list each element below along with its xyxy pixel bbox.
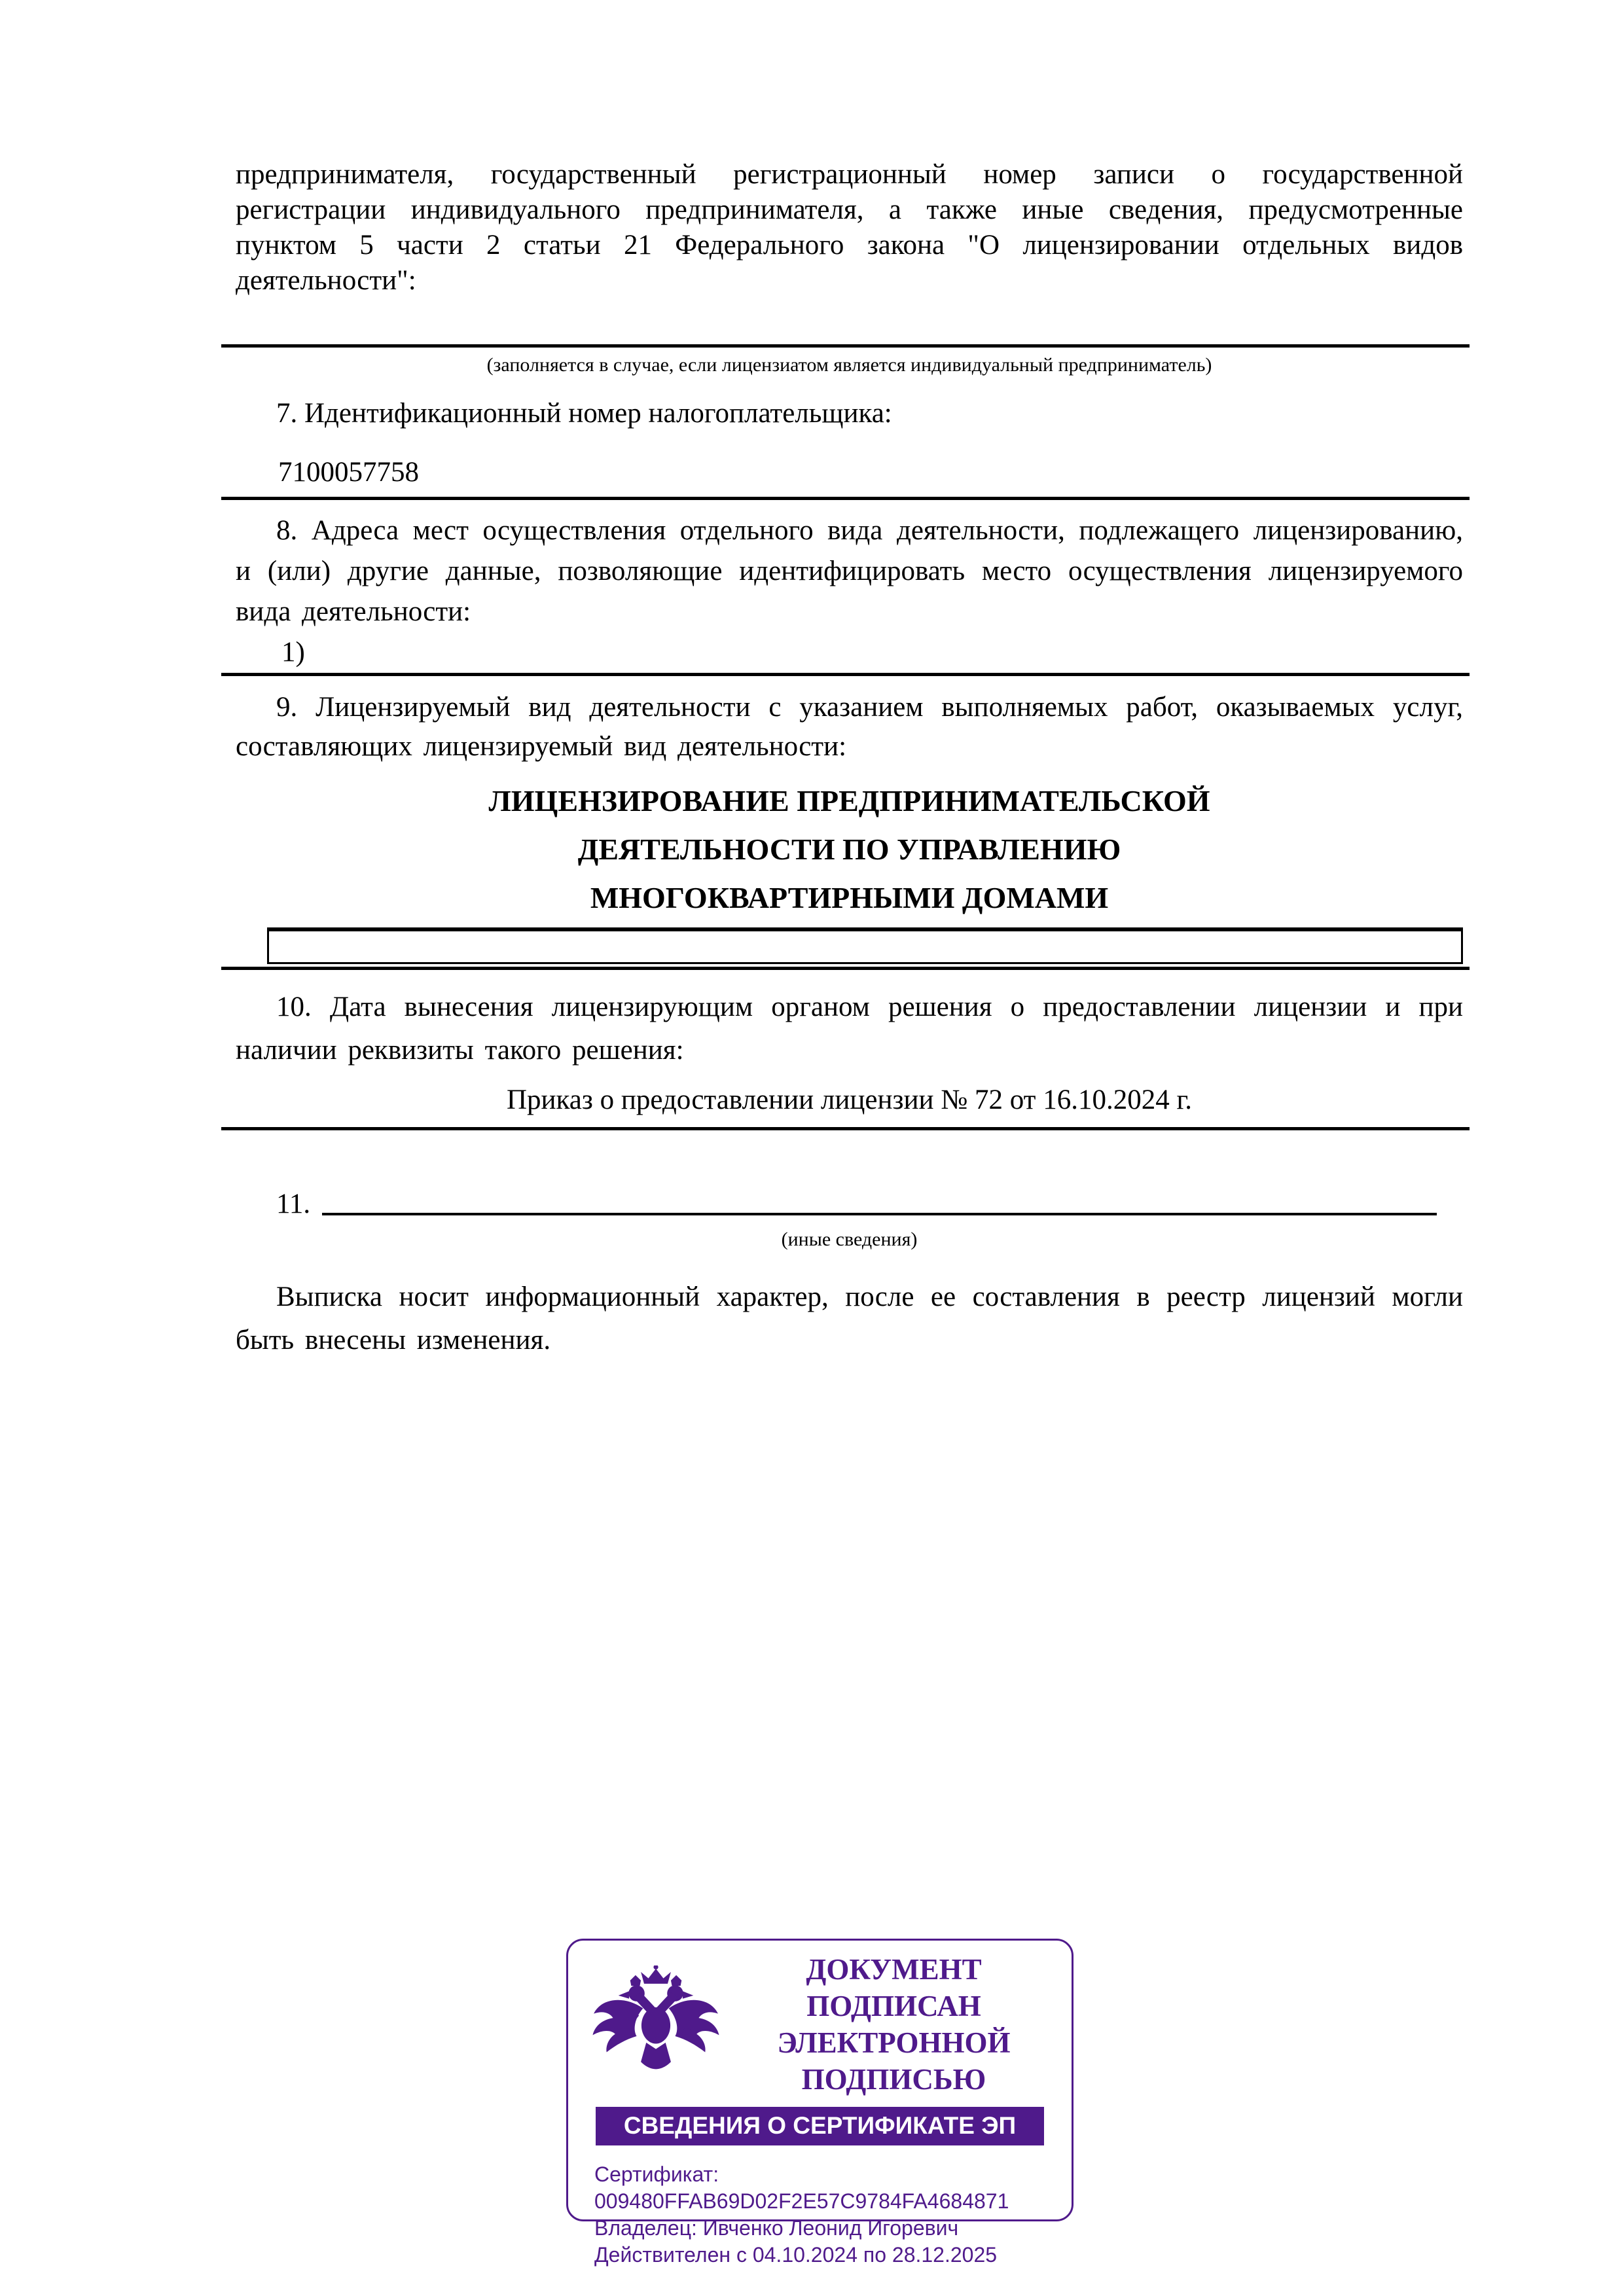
stamp-certificate-info: Сертификат: 009480FFAB69D02F2E57C9784FA4… (594, 2161, 1052, 2269)
certificate-owner: Владелец: Ивченко Леонид Игоревич (594, 2215, 1052, 2242)
item8-value: 1) (236, 636, 1463, 669)
rule-under-item10 (221, 1127, 1470, 1130)
document-body: предпринимателя, государственный регистр… (236, 157, 1463, 1362)
empty-field-box (267, 927, 1463, 964)
rule-under-item8 (221, 673, 1470, 676)
field6-caption: (заполняется в случае, если лицензиатом … (236, 353, 1463, 378)
certificate-number: 009480FFAB69D02F2E57C9784FA4684871 (594, 2188, 1052, 2215)
stamp-title-line1: ДОКУМЕНТ ПОДПИСАН (733, 1951, 1055, 2024)
stamp-title: ДОКУМЕНТ ПОДПИСАН ЭЛЕКТРОННОЙ ПОДПИСЬЮ (733, 1951, 1055, 2098)
rule-above-field6-caption (221, 344, 1470, 348)
electronic-signature-stamp: ДОКУМЕНТ ПОДПИСАН ЭЛЕКТРОННОЙ ПОДПИСЬЮ С… (566, 1939, 1074, 2221)
item11-caption: (иные сведения) (236, 1227, 1463, 1252)
stamp-header: ДОКУМЕНТ ПОДПИСАН ЭЛЕКТРОННОЙ ПОДПИСЬЮ (568, 1941, 1072, 2098)
item7-label: 7. Идентификационный номер налогоплатель… (236, 396, 1463, 431)
document-page: предпринимателя, государственный регистр… (0, 0, 1624, 2296)
stamp-certificate-banner: СВЕДЕНИЯ О СЕРТИФИКАТЕ ЭП (596, 2107, 1044, 2145)
item8-text: 8. Адреса мест осуществления отдельного … (236, 511, 1463, 632)
stamp-title-line2: ЭЛЕКТРОННОЙ ПОДПИСЬЮ (733, 2024, 1055, 2098)
certificate-label: Сертификат: (594, 2161, 1052, 2188)
intro-paragraph: предпринимателя, государственный регистр… (236, 157, 1463, 298)
item9-activity-title: ЛИЦЕНЗИРОВАНИЕ ПРЕДПРИНИМАТЕЛЬСКОЙ ДЕЯТЕ… (427, 777, 1272, 922)
certificate-validity: Действителен с 04.10.2024 по 28.12.2025 (594, 2242, 1052, 2269)
item7-value-inn: 7100057758 (236, 455, 1463, 490)
rule-under-item7 (221, 497, 1470, 500)
item10-value-order: Приказ о предоставлении лицензии № 72 от… (236, 1083, 1463, 1118)
closing-paragraph: Выписка носит информационный характер, п… (236, 1276, 1463, 1362)
double-headed-eagle-icon (581, 1965, 731, 2083)
item11-row: 11. (236, 1187, 1463, 1222)
item10-text: 10. Дата вынесения лицензирующим органом… (236, 986, 1463, 1072)
item9-text: 9. Лицензируемый вид деятельности с указ… (236, 688, 1463, 766)
item11-number: 11. (276, 1187, 310, 1222)
rule-under-item9 (221, 967, 1470, 970)
item11-blank-line (322, 1213, 1437, 1215)
